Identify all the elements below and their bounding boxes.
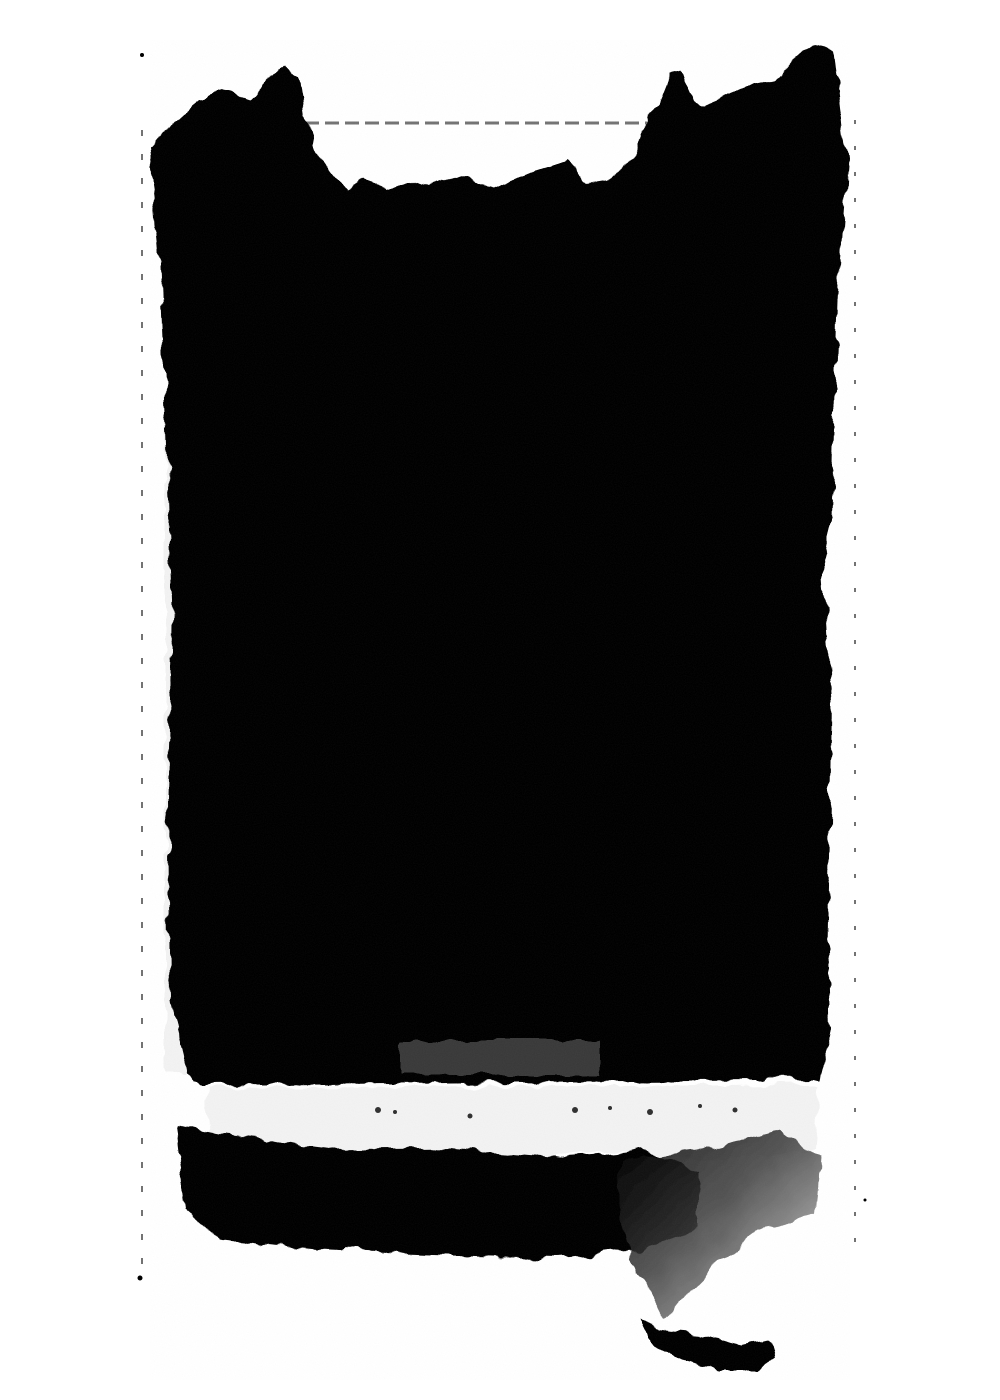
artwork-canvas xyxy=(0,0,1000,1400)
grain-overlay xyxy=(150,40,850,1380)
abstract-ink-artwork xyxy=(0,0,1000,1400)
